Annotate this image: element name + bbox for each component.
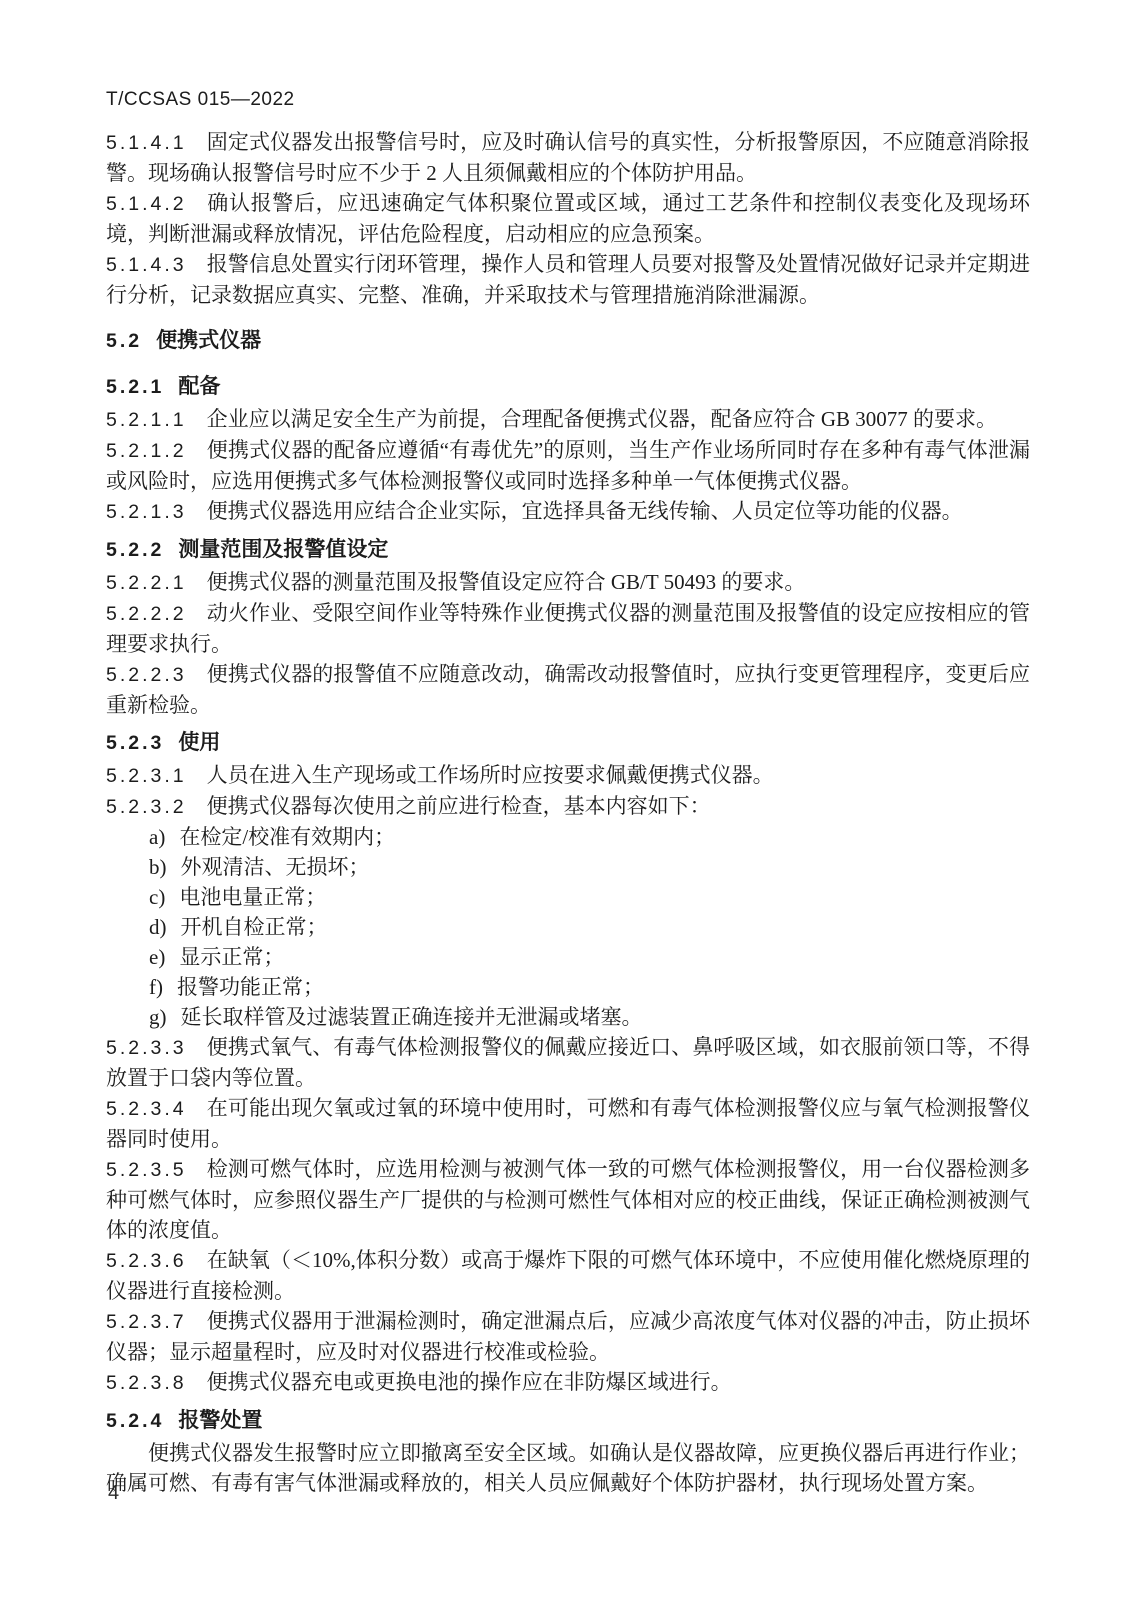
list-marker: d) <box>149 915 167 939</box>
clause-text: 在可能出现欠氧或过氧的环境中使用时，可燃和有毒气体检测报警仪应与氧气检测报警仪器… <box>106 1096 1030 1151</box>
clause-5-2-2-3: 5.2.2.3便携式仪器的报警值不应随意改动，确需改动报警值时，应执行变更管理程… <box>106 659 1030 720</box>
clause-number: 5.2.3.8 <box>106 1372 187 1394</box>
check-item-a: a)在检定/校准有效期内； <box>106 822 1030 852</box>
section-title: 测量范围及报警值设定 <box>178 538 388 561</box>
section-number: 5.2.2 <box>106 539 164 561</box>
precheck-list: a)在检定/校准有效期内； b)外观清洁、无损坏； c)电池电量正常； d)开机… <box>106 822 1030 1032</box>
section-number: 5.2 <box>106 330 142 352</box>
clause-number: 5.2.1.1 <box>106 409 187 431</box>
section-title: 便携式仪器 <box>156 329 261 352</box>
paragraph-5-2-4-body: 便携式仪器发生报警时应立即撤离至安全区域。如确认是仪器故障，应更换仪器后再进行作… <box>106 1438 1030 1498</box>
clause-number: 5.2.3.6 <box>106 1250 187 1272</box>
list-text: 延长取样管及过滤装置正确连接并无泄漏或堵塞。 <box>181 1005 643 1029</box>
clause-5-1-4-1: 5.1.4.1固定式仪器发出报警信号时，应及时确认信号的真实性，分析报警原因，不… <box>106 127 1030 188</box>
clause-5-2-1-2: 5.2.1.2便携式仪器的配备应遵循“有毒优先”的原则，当生产作业场所同时存在多… <box>106 435 1030 496</box>
clause-5-1-4-2: 5.1.4.2确认报警后，应迅速确定气体积聚位置或区域，通过工艺条件和控制仪表变… <box>106 188 1030 249</box>
clause-text: 动火作业、受限空间作业等特殊作业便携式仪器的测量范围及报警值的设定应按相应的管理… <box>106 601 1030 656</box>
doc-code: T/CCSAS 015—2022 <box>106 89 295 111</box>
check-item-g: g)延长取样管及过滤装置正确连接并无泄漏或堵塞。 <box>106 1002 1030 1032</box>
clause-number: 5.2.3.5 <box>106 1159 187 1181</box>
clause-number: 5.2.3.4 <box>106 1098 187 1120</box>
clause-5-2-1-1: 5.2.1.1企业应以满足安全生产为前提，合理配备便携式仪器，配备应符合 GB … <box>106 404 1030 435</box>
clause-number: 5.2.3.2 <box>106 796 187 818</box>
clause-number: 5.1.4.3 <box>106 254 187 276</box>
clause-number: 5.2.1.3 <box>106 501 187 523</box>
clause-5-2-3-8: 5.2.3.8便携式仪器充电或更换电池的操作应在非防爆区域进行。 <box>106 1367 1030 1398</box>
section-number: 5.2.1 <box>106 376 164 398</box>
check-item-f: f)报警功能正常； <box>106 972 1030 1002</box>
clause-number: 5.2.3.1 <box>106 765 187 787</box>
list-marker: e) <box>149 945 165 969</box>
clause-text: 便携式仪器充电或更换电池的操作应在非防爆区域进行。 <box>207 1370 732 1394</box>
document-body: 5.1.4.1固定式仪器发出报警信号时，应及时确认信号的真实性，分析报警原因，不… <box>106 127 1030 1498</box>
section-number: 5.2.3 <box>106 732 164 754</box>
clause-5-2-3-2: 5.2.3.2便携式仪器每次使用之前应进行检查，基本内容如下： <box>106 791 1030 822</box>
clause-number: 5.2.2.2 <box>106 603 187 625</box>
list-text: 在检定/校准有效期内； <box>179 825 395 849</box>
section-number: 5.2.4 <box>106 1410 164 1432</box>
check-item-c: c)电池电量正常； <box>106 882 1030 912</box>
section-title: 报警处置 <box>178 1409 262 1432</box>
check-item-e: e)显示正常； <box>106 942 1030 972</box>
clause-text: 便携式仪器的配备应遵循“有毒优先”的原则，当生产作业场所同时存在多种有毒气体泄漏… <box>106 438 1030 493</box>
clause-number: 5.2.2.3 <box>106 664 187 686</box>
clause-5-2-1-3: 5.2.1.3便携式仪器选用应结合企业实际，宜选择具备无线传输、人员定位等功能的… <box>106 496 1030 527</box>
list-text: 显示正常； <box>179 945 284 969</box>
clause-number: 5.2.1.2 <box>106 440 187 462</box>
clause-5-1-4-3: 5.1.4.3报警信息处置实行闭环管理，操作人员和管理人员要对报警及处置情况做好… <box>106 249 1030 310</box>
clause-5-2-2-2: 5.2.2.2动火作业、受限空间作业等特殊作业便携式仪器的测量范围及报警值的设定… <box>106 598 1030 659</box>
list-text: 报警功能正常； <box>177 975 324 999</box>
section-heading-5-2-1: 5.2.1配备 <box>106 372 1030 402</box>
check-item-d: d)开机自检正常； <box>106 912 1030 942</box>
section-heading-5-2-3: 5.2.3使用 <box>106 728 1030 758</box>
list-text: 电池电量正常； <box>179 885 326 909</box>
clause-number: 5.2.3.7 <box>106 1311 187 1333</box>
section-heading-5-2-4: 5.2.4报警处置 <box>106 1406 1030 1436</box>
clause-text: 报警信息处置实行闭环管理，操作人员和管理人员要对报警及处置情况做好记录并定期进行… <box>106 252 1030 307</box>
clause-5-2-3-1: 5.2.3.1人员在进入生产现场或工作场所时应按要求佩戴便携式仪器。 <box>106 760 1030 791</box>
list-marker: g) <box>149 1005 167 1029</box>
clause-text: 便携式仪器选用应结合企业实际，宜选择具备无线传输、人员定位等功能的仪器。 <box>207 499 963 523</box>
check-item-b: b)外观清洁、无损坏； <box>106 852 1030 882</box>
clause-text: 确认报警后，应迅速确定气体积聚位置或区域，通过工艺条件和控制仪表变化及现场环境，… <box>106 191 1030 246</box>
clause-number: 5.2.3.3 <box>106 1037 187 1059</box>
clause-number: 5.1.4.2 <box>106 193 187 215</box>
clause-text: 固定式仪器发出报警信号时，应及时确认信号的真实性，分析报警原因，不应随意消除报警… <box>106 130 1030 185</box>
list-text: 外观清洁、无损坏； <box>181 855 370 879</box>
clause-5-2-2-1: 5.2.2.1便携式仪器的测量范围及报警值设定应符合 GB/T 50493 的要… <box>106 567 1030 598</box>
clause-5-2-3-7: 5.2.3.7便携式仪器用于泄漏检测时，确定泄漏点后，应减少高浓度气体对仪器的冲… <box>106 1306 1030 1367</box>
section-title: 使用 <box>178 731 220 754</box>
clause-text: 便携式仪器每次使用之前应进行检查，基本内容如下： <box>207 794 711 818</box>
list-marker: c) <box>149 885 165 909</box>
clause-text: 人员在进入生产现场或工作场所时应按要求佩戴便携式仪器。 <box>207 763 774 787</box>
clause-5-2-3-6: 5.2.3.6在缺氧（＜10%,体积分数）或高于爆炸下限的可燃气体环境中，不应使… <box>106 1245 1030 1306</box>
clause-5-2-3-5: 5.2.3.5检测可燃气体时，应选用检测与被测气体一致的可燃气体检测报警仪，用一… <box>106 1154 1030 1245</box>
clause-number: 5.1.4.1 <box>106 132 187 154</box>
clause-text: 检测可燃气体时，应选用检测与被测气体一致的可燃气体检测报警仪，用一台仪器检测多种… <box>106 1157 1030 1242</box>
document-page: T/CCSAS 015—2022 5.1.4.1固定式仪器发出报警信号时，应及时… <box>0 0 1131 1600</box>
clause-text: 便携式仪器的测量范围及报警值设定应符合 GB/T 50493 的要求。 <box>207 570 806 594</box>
list-marker: a) <box>149 825 165 849</box>
list-marker: b) <box>149 855 167 879</box>
section-title: 配备 <box>178 375 220 398</box>
clause-text: 企业应以满足安全生产为前提，合理配备便携式仪器，配备应符合 GB 30077 的… <box>207 407 997 431</box>
clause-text: 在缺氧（＜10%,体积分数）或高于爆炸下限的可燃气体环境中，不应使用催化燃烧原理… <box>106 1248 1030 1303</box>
list-text: 开机自检正常； <box>181 915 328 939</box>
clause-text: 便携式仪器用于泄漏检测时，确定泄漏点后，应减少高浓度气体对仪器的冲击，防止损坏仪… <box>106 1309 1030 1364</box>
list-marker: f) <box>149 975 163 999</box>
clause-number: 5.2.2.1 <box>106 572 187 594</box>
section-heading-5-2-2: 5.2.2测量范围及报警值设定 <box>106 535 1030 565</box>
section-heading-5-2: 5.2便携式仪器 <box>106 326 1030 356</box>
page-number: 4 <box>108 1482 119 1505</box>
clause-text: 便携式仪器的报警值不应随意改动，确需改动报警值时，应执行变更管理程序，变更后应重… <box>106 662 1030 717</box>
clause-text: 便携式氧气、有毒气体检测报警仪的佩戴应接近口、鼻呼吸区域，如衣服前领口等，不得放… <box>106 1035 1030 1090</box>
clause-5-2-3-3: 5.2.3.3便携式氧气、有毒气体检测报警仪的佩戴应接近口、鼻呼吸区域，如衣服前… <box>106 1032 1030 1093</box>
clause-5-2-3-4: 5.2.3.4在可能出现欠氧或过氧的环境中使用时，可燃和有毒气体检测报警仪应与氧… <box>106 1093 1030 1154</box>
